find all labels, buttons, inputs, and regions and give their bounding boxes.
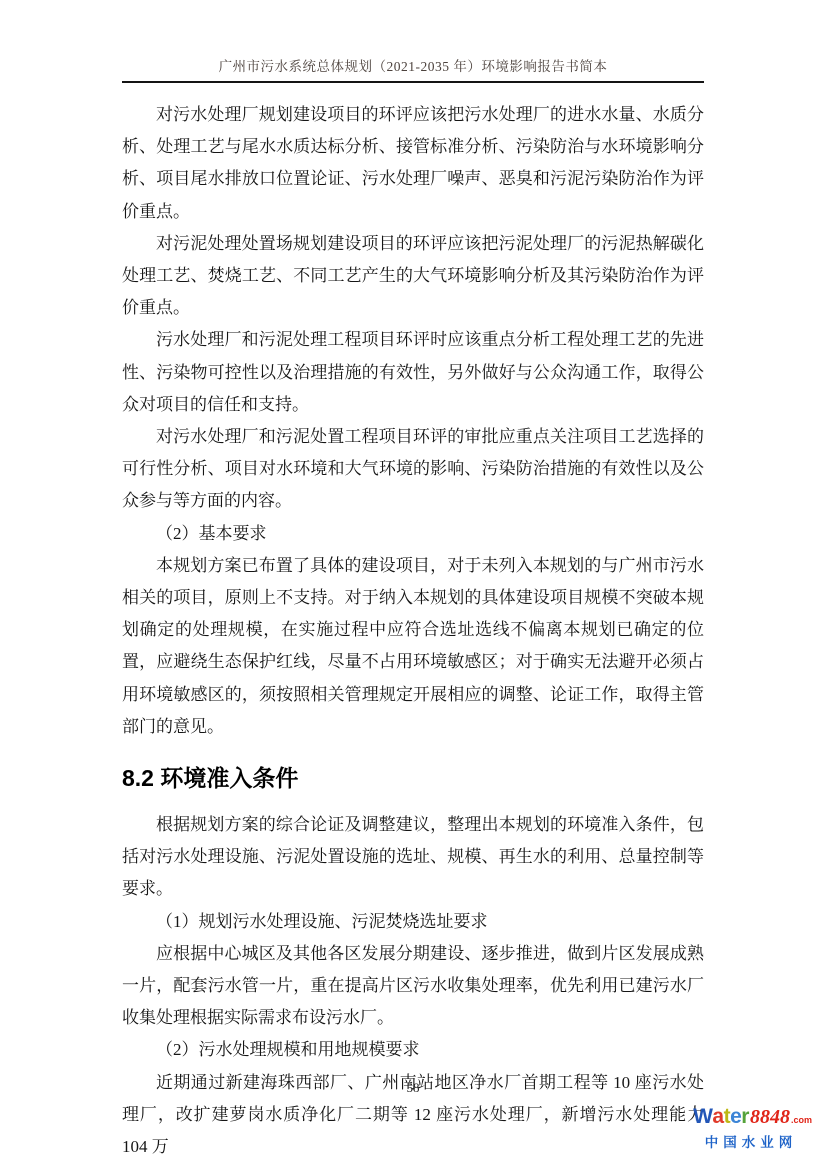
logo-letter: a <box>712 1106 723 1127</box>
list-label: （2）污水处理规模和用地规模要求 <box>122 1034 704 1066</box>
document-body: 对污水处理厂规划建设项目的环评应该把污水处理厂的进水水量、水质分析、处理工艺与尾… <box>122 99 704 1163</box>
paragraph: 对污泥处理处置场规划建设项目的环评应该把污泥处理厂的污泥热解碳化处理工艺、焚烧工… <box>122 228 704 325</box>
logo-domain-suffix: .com <box>791 1116 812 1125</box>
paragraph: 污水处理厂和污泥处理工程项目环评时应该重点分析工程处理工艺的先进性、污染物可控性… <box>122 324 704 421</box>
logo-tagline: 中国水业网 <box>690 1131 812 1151</box>
page-number: 58 <box>0 1080 826 1096</box>
paragraph: 本规划方案已布置了具体的建设项目，对于未列入本规划的与广州市污水相关的项目，原则… <box>122 550 704 743</box>
paragraph: 应根据中心城区及其他各区发展分期建设、逐步推进，做到片区发展成熟一片，配套污水管… <box>122 938 704 1035</box>
water8848-logo[interactable]: Water8848.com 中国水业网 <box>690 1106 812 1151</box>
paragraph: 对污水处理厂和污泥处置工程项目环评的审批应重点关注项目工艺选择的可行性分析、项目… <box>122 421 704 518</box>
paragraph: 根据规划方案的综合论证及调整建议，整理出本规划的环境准入条件，包括对污水处理设施… <box>122 809 704 906</box>
logo-letter: W <box>693 1106 712 1127</box>
list-label: （2）基本要求 <box>122 518 704 550</box>
list-label: （1）规划污水处理设施、污泥焚烧选址要求 <box>122 906 704 938</box>
section-heading: 8.2 环境准入条件 <box>122 764 704 794</box>
page-header-title: 广州市污水系统总体规划（2021-2035 年）环境影响报告书简本 <box>122 55 704 75</box>
logo-wordmark: Water8848.com <box>690 1106 812 1127</box>
header-divider <box>122 81 704 83</box>
logo-letter: r <box>741 1106 749 1127</box>
logo-letter: e <box>730 1106 741 1127</box>
document-page: 广州市污水系统总体规划（2021-2035 年）环境影响报告书简本 对污水处理厂… <box>0 0 826 1169</box>
paragraph: 对污水处理厂规划建设项目的环评应该把污水处理厂的进水水量、水质分析、处理工艺与尾… <box>122 99 704 228</box>
logo-digits: 8848 <box>750 1107 790 1127</box>
